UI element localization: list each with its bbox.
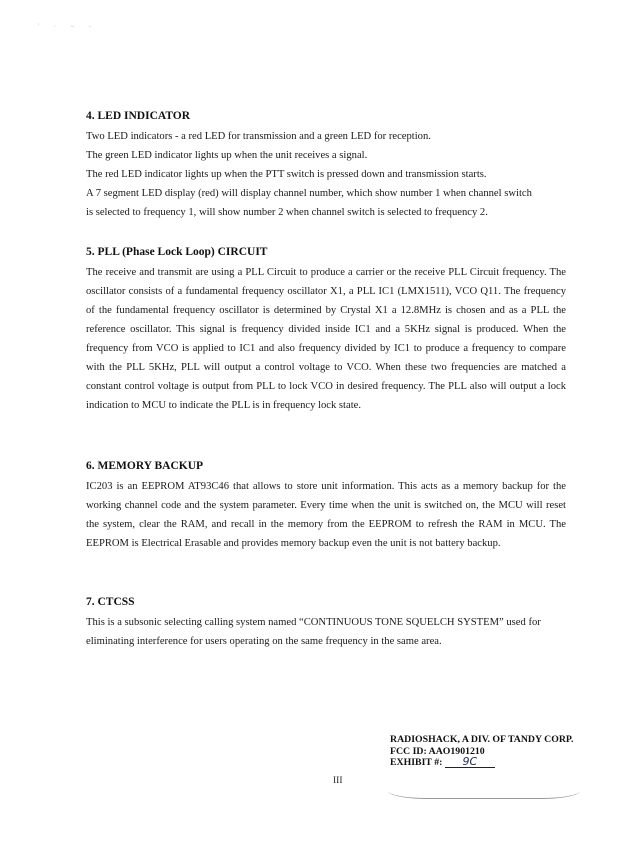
exhibit-label: EXHIBIT #: — [390, 757, 442, 768]
body-line: The red LED indicator lights up when the… — [86, 165, 566, 184]
stamp-exhibit: EXHIBIT #: 9C — [390, 757, 580, 769]
section-ctcss: 7. CTCSS This is a subsonic selecting ca… — [86, 594, 566, 651]
body-line: The green LED indicator lights up when t… — [86, 146, 566, 165]
scan-specks: ' · ~ - — [38, 22, 97, 31]
section-body: This is a subsonic selecting calling sys… — [86, 613, 566, 651]
section-heading: 4. LED INDICATOR — [86, 108, 566, 124]
section-body: Two LED indicators - a red LED for trans… — [86, 127, 566, 222]
exhibit-value-handwritten: 9C — [445, 757, 495, 768]
body-line: is selected to frequency 1, will show nu… — [86, 203, 566, 222]
body-line: A 7 segment LED display (red) will displ… — [86, 184, 566, 203]
section-heading: 5. PLL (Phase Lock Loop) CIRCUIT — [86, 244, 566, 260]
section-led-indicator: 4. LED INDICATOR Two LED indicators - a … — [86, 108, 566, 222]
section-memory-backup: 6. MEMORY BACKUP IC203 is an EEPROM AT93… — [86, 458, 566, 553]
fcc-exhibit-stamp: RADIOSHACK, A DIV. OF TANDY CORP. FCC ID… — [390, 734, 580, 769]
body-line: Two LED indicators - a red LED for trans… — [86, 127, 566, 146]
stamp-company: RADIOSHACK, A DIV. OF TANDY CORP. — [390, 734, 580, 746]
section-body: IC203 is an EEPROM AT93C46 that allows t… — [86, 477, 566, 553]
section-heading: 6. MEMORY BACKUP — [86, 458, 566, 474]
section-pll-circuit: 5. PLL (Phase Lock Loop) CIRCUIT The rec… — [86, 244, 566, 415]
page-number: III — [333, 776, 343, 786]
stamp-border — [388, 790, 580, 799]
section-body: The receive and transmit are using a PLL… — [86, 263, 566, 415]
section-heading: 7. CTCSS — [86, 594, 566, 610]
stamp-fcc-id: FCC ID: AAO1901210 — [390, 746, 580, 758]
